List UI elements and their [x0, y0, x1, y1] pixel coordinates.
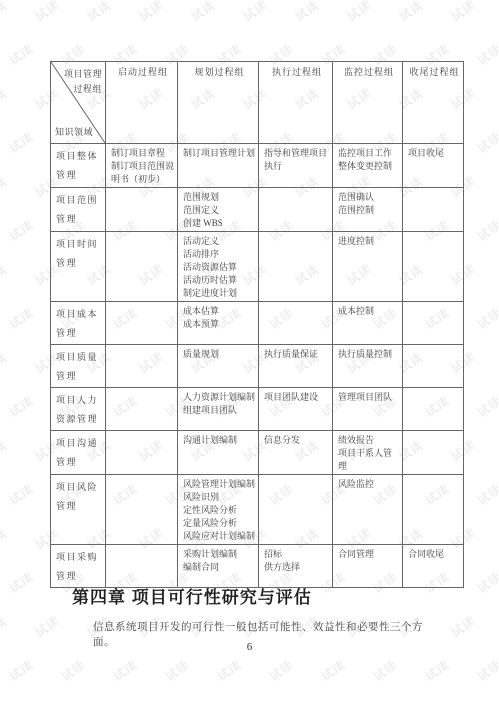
watermark-text: 试读 — [0, 348, 11, 377]
process-item: 质量规划 — [183, 348, 256, 361]
process-cell: 范围确认范围控制 — [333, 188, 403, 232]
process-item: 活动排序 — [183, 248, 256, 261]
watermark-text: 试读 — [447, 0, 478, 25]
process-item: 范围定义 — [183, 204, 256, 217]
process-cell: 项目收尾 — [403, 144, 464, 188]
process-item: 编制合同 — [183, 561, 256, 574]
process-cell: 执行质量控制 — [333, 345, 403, 388]
table-row: 项目质量管理质量规划执行质量保证执行质量控制 — [51, 345, 464, 388]
watermark-text: 试读 — [5, 392, 36, 421]
process-item: 组建项目团队 — [183, 404, 256, 417]
corner-cell: 项目管理过程组知识领域 — [51, 62, 106, 144]
process-item: 管理项目团队 — [338, 391, 400, 404]
process-cell — [106, 232, 178, 302]
process-cell: 项目团队建设 — [259, 388, 333, 431]
watermark-text: 试读 — [5, 304, 36, 333]
watermark-text: 试读 — [109, 656, 140, 685]
watermark-text: 试读 — [0, 84, 11, 113]
knowledge-area-cell: 项目成本管理 — [51, 302, 106, 345]
watermark-text: 试读 — [369, 656, 400, 685]
watermark-text: 试读 — [57, 656, 88, 685]
process-cell: 沟通计划编制 — [178, 431, 259, 475]
process-item: 风险应对计划编制 — [183, 530, 256, 543]
table-row: 项目人力资源管理人力资源计划编制组建项目团队项目团队建设管理项目团队 — [51, 388, 464, 431]
corner-bottom-label: 知识领域 — [55, 125, 93, 138]
watermark-text: 试读 — [239, 0, 270, 25]
process-cell — [403, 302, 464, 345]
process-cell — [106, 475, 178, 545]
process-cell: 风险监控 — [333, 475, 403, 545]
watermark-text: 试读 — [473, 128, 499, 157]
watermark-text: 试读 — [5, 40, 36, 69]
process-item: 成本预算 — [183, 318, 256, 331]
process-cell: 监控项目工作整体变更控制 — [333, 144, 403, 188]
table-row: 项目时间管理活动定义活动排序活动资源估算活动历时估算制定进度计划进度控制 — [51, 232, 464, 302]
process-item: 沟通计划编制 — [183, 434, 256, 447]
process-item: 招标 — [264, 548, 330, 561]
process-cell: 成本估算成本预算 — [178, 302, 259, 345]
process-cell — [403, 388, 464, 431]
page-number: 6 — [0, 641, 499, 653]
process-cell — [106, 345, 178, 388]
process-item: 活动历时估算 — [183, 274, 256, 287]
table-row: 项目范围管理范围规划范围定义创建 WBS范围确认范围控制 — [51, 188, 464, 232]
watermark-text: 试读 — [31, 612, 62, 641]
process-cell: 风险管理计划编制风险识别定性风险分析定量风险分析风险应对计划编制 — [178, 475, 259, 545]
watermark-text: 试读 — [317, 656, 348, 685]
process-item: 成本控制 — [338, 305, 400, 318]
process-cell — [259, 302, 333, 345]
watermark-text: 试读 — [213, 656, 244, 685]
process-item: 定性风险分析 — [183, 504, 256, 517]
process-item: 活动资源估算 — [183, 261, 256, 274]
watermark-text: 试读 — [343, 0, 374, 25]
process-item: 信息分发 — [264, 434, 330, 447]
process-cell: 人力资源计划编制组建项目团队 — [178, 388, 259, 431]
process-cell: 管理项目团队 — [333, 388, 403, 431]
watermark-text: 试读 — [0, 612, 11, 641]
process-item: 创建 WBS — [183, 217, 256, 230]
process-cell: 指导和管理项目执行 — [259, 144, 333, 188]
column-header: 启动过程组 — [106, 62, 178, 144]
process-cell — [259, 232, 333, 302]
watermark-text: 试读 — [291, 0, 322, 25]
process-item: 绩效报告 — [338, 434, 400, 447]
knowledge-area-cell: 项目整体管理 — [51, 144, 106, 188]
watermark-text: 试读 — [5, 216, 36, 245]
process-item: 执行质量控制 — [338, 348, 400, 361]
process-cell: 采购计划编制编制合同 — [178, 545, 259, 588]
process-item: 范围规划 — [183, 191, 256, 204]
process-item: 项目收尾 — [408, 147, 461, 160]
process-cell: 制订项目章程制订项目范围说明书（初步） — [106, 144, 178, 188]
process-item: 成本估算 — [183, 305, 256, 318]
process-item: 范围控制 — [338, 204, 400, 217]
process-cell: 执行质量保证 — [259, 345, 333, 388]
watermark-text: 试读 — [0, 260, 11, 289]
watermark-text: 试读 — [473, 216, 499, 245]
process-cell: 绩效报告项目干系人管理 — [333, 431, 403, 475]
process-item: 进度控制 — [338, 235, 400, 248]
process-cell — [403, 188, 464, 232]
watermark-text: 试读 — [473, 656, 499, 685]
process-item: 合同管理 — [338, 548, 400, 561]
process-cell: 质量规划 — [178, 345, 259, 388]
process-cell — [259, 188, 333, 232]
process-item: 风险监控 — [338, 478, 400, 491]
process-item: 人力资源计划编制 — [183, 391, 256, 404]
watermark-text: 试读 — [161, 656, 192, 685]
process-cell — [403, 475, 464, 545]
watermark-text: 试读 — [0, 172, 11, 201]
header-row: 项目管理过程组知识领域启动过程组规划过程组执行过程组监控过程组收尾过程组 — [51, 62, 464, 144]
process-cell — [403, 431, 464, 475]
knowledge-area-cell: 项目风险管理 — [51, 475, 106, 545]
process-item: 指导和管理项目执行 — [264, 147, 330, 173]
watermark-text: 试读 — [421, 656, 452, 685]
process-cell — [106, 545, 178, 588]
process-cell: 活动定义活动排序活动资源估算活动历时估算制定进度计划 — [178, 232, 259, 302]
process-item: 定量风险分析 — [183, 517, 256, 530]
watermark-text: 试读 — [473, 304, 499, 333]
watermark-text: 试读 — [5, 656, 36, 685]
watermark-text: 试读 — [473, 568, 499, 597]
watermark-text: 试读 — [83, 0, 114, 25]
watermark-text: 试读 — [265, 656, 296, 685]
process-cell — [106, 388, 178, 431]
process-cell: 合同收尾 — [403, 545, 464, 588]
knowledge-area-cell: 项目人力资源管理 — [51, 388, 106, 431]
process-table: 项目管理过程组知识领域启动过程组规划过程组执行过程组监控过程组收尾过程组项目整体… — [50, 61, 464, 588]
process-cell — [106, 302, 178, 345]
table-row: 项目成本管理成本估算成本预算成本控制 — [51, 302, 464, 345]
process-cell: 成本控制 — [333, 302, 403, 345]
process-cell: 制订项目管理计划 — [178, 144, 259, 188]
watermark-text: 试读 — [0, 524, 11, 553]
process-cell: 进度控制 — [333, 232, 403, 302]
process-cell — [403, 345, 464, 388]
column-header: 规划过程组 — [178, 62, 259, 144]
process-item: 风险管理计划编制 — [183, 478, 256, 491]
watermark-text: 试读 — [5, 480, 36, 509]
process-item: 合同收尾 — [408, 548, 461, 561]
knowledge-area-cell: 项目沟通管理 — [51, 431, 106, 475]
knowledge-area-cell: 项目范围管理 — [51, 188, 106, 232]
process-item: 整体变更控制 — [338, 160, 400, 173]
watermark-text: 试读 — [135, 0, 166, 25]
process-item: 制定进度计划 — [183, 287, 256, 300]
watermark-text: 试读 — [0, 436, 11, 465]
chapter-title: 第四章 项目可行性研究与评估 — [72, 583, 312, 608]
table-row: 项目整体管理制订项目章程制订项目范围说明书（初步）制订项目管理计划指导和管理项目… — [51, 144, 464, 188]
process-item: 制订项目章程 — [111, 147, 175, 160]
process-item: 采购计划编制 — [183, 548, 256, 561]
table-row: 项目采购管理采购计划编制编制合同招标供方选择合同管理合同收尾 — [51, 545, 464, 588]
watermark-text: 试读 — [5, 568, 36, 597]
process-cell: 信息分发 — [259, 431, 333, 475]
process-cell — [106, 188, 178, 232]
process-item: 制订项目范围说明书（初步） — [111, 160, 175, 186]
process-item: 项目团队建设 — [264, 391, 330, 404]
process-item: 活动定义 — [183, 235, 256, 248]
table-row: 项目风险管理风险管理计划编制风险识别定性风险分析定量风险分析风险应对计划编制风险… — [51, 475, 464, 545]
column-header: 监控过程组 — [333, 62, 403, 144]
process-cell: 合同管理 — [333, 545, 403, 588]
column-header: 收尾过程组 — [403, 62, 464, 144]
watermark-text: 试读 — [473, 480, 499, 509]
knowledge-area-cell: 项目时间管理 — [51, 232, 106, 302]
process-item: 执行质量保证 — [264, 348, 330, 361]
process-cell — [106, 431, 178, 475]
process-item: 供方选择 — [264, 561, 330, 574]
watermark-text: 试读 — [473, 40, 499, 69]
watermark-text: 试读 — [0, 0, 11, 25]
watermark-text: 试读 — [473, 392, 499, 421]
column-header: 执行过程组 — [259, 62, 333, 144]
knowledge-area-cell: 项目质量管理 — [51, 345, 106, 388]
process-item: 风险识别 — [183, 491, 256, 504]
process-cell — [403, 232, 464, 302]
watermark-text: 试读 — [395, 0, 426, 25]
watermark-text: 试读 — [187, 0, 218, 25]
document-page: 试读试读试读试读试读试读试读试读试读试读试读试读试读试读试读试读试读试读试读试读… — [0, 0, 499, 706]
corner-top-label: 项目管理过程组 — [56, 67, 102, 97]
process-item: 范围确认 — [338, 191, 400, 204]
watermark-text: 试读 — [5, 128, 36, 157]
process-item: 项目干系人管理 — [338, 447, 400, 473]
knowledge-area-cell: 项目采购管理 — [51, 545, 106, 588]
table-row: 项目沟通管理沟通计划编制信息分发绩效报告项目干系人管理 — [51, 431, 464, 475]
process-item: 制订项目管理计划 — [183, 147, 256, 160]
watermark-text: 试读 — [447, 612, 478, 641]
process-cell: 范围规划范围定义创建 WBS — [178, 188, 259, 232]
process-cell: 招标供方选择 — [259, 545, 333, 588]
process-item: 监控项目工作 — [338, 147, 400, 160]
process-cell — [259, 475, 333, 545]
watermark-text: 试读 — [31, 0, 62, 25]
